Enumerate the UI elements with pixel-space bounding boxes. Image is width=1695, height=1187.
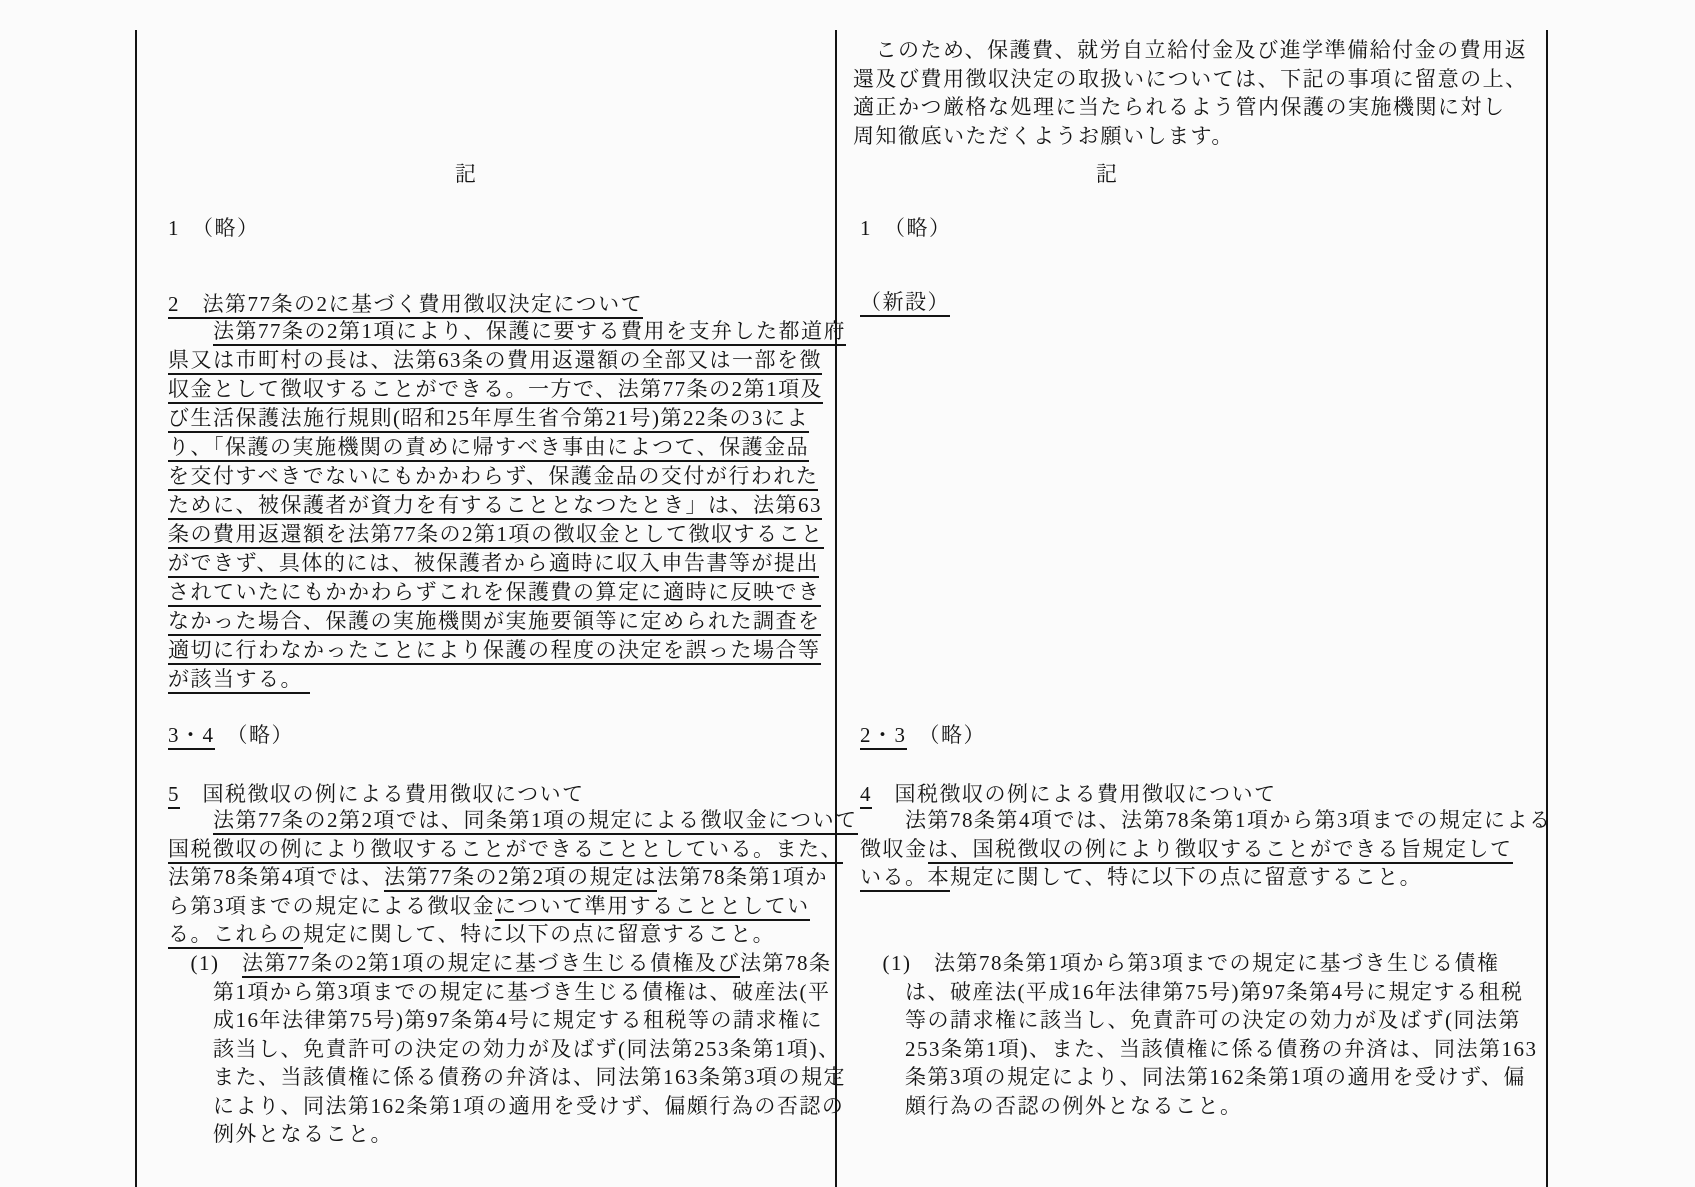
underlined-text-segment: 法第77条の2第2項では、同条第1項の規定による徴収金について bbox=[213, 808, 858, 835]
text-line: 法第77条の2第2項では、同条第1項の規定による徴収金について bbox=[168, 806, 858, 835]
text-line: 該当し、免責許可の決定の効力が及ばず(同法第253条第1項)、 bbox=[168, 1035, 846, 1064]
underlined-text-segment: について準用することとしてい bbox=[495, 894, 810, 921]
underlined-text-segment: が該当する。 bbox=[168, 667, 310, 694]
text-line: 3・4 （略） bbox=[168, 721, 294, 750]
text-segment: 規定に関して、特に以下の点に留意すること。 bbox=[950, 865, 1422, 889]
right-column-item-2-3-abbrev: 2・3 （略） bbox=[860, 721, 986, 750]
text-line: る。これらの規定に関して、特に以下の点に留意すること。 bbox=[168, 920, 858, 949]
text-line: なかった場合、保護の実施機関が実施要領等に定められた調査を bbox=[168, 607, 846, 636]
text-segment: により、同法第162条第1項の適用を受けず、偏頗行為の否認の bbox=[168, 1094, 844, 1118]
text-line: 適切に行わなかったことにより保護の程度の決定を誤った場合等 bbox=[168, 636, 846, 665]
text-line: 周知徹底いただくようお願いします。 bbox=[853, 122, 1528, 151]
text-line: また、当該債権に係る債務の弁済は、同法第163条第3項の規定 bbox=[168, 1063, 846, 1092]
text-segment: は、破産法(平成16年法律第75号)第97条第4号に規定する租税 bbox=[860, 980, 1523, 1004]
text-segment: ら第3項までの規定による徴収金 bbox=[168, 894, 495, 918]
left-column-section-5-paragraph: 法第77条の2第2項では、同条第1項の規定による徴収金について国税徴収の例により… bbox=[168, 806, 858, 949]
text-segment: 法第78条第4項では、法第78条第1項から第3項までの規定による bbox=[860, 808, 1552, 832]
text-line: (1) 法第78条第1項から第3項までの規定に基づき生じる債権 bbox=[860, 949, 1538, 978]
comparison-document-page: 記 1 （略） 2 法第77条の2に基づく費用徴収決定について 法第77条の2第… bbox=[0, 0, 1695, 1187]
text-segment: 該当し、免責許可の決定の効力が及ばず(同法第253条第1項)、 bbox=[168, 1037, 840, 1061]
text-line: 2 法第77条の2に基づく費用徴収決定について bbox=[168, 290, 643, 319]
text-line: 5 国税徴収の例による費用徴収について bbox=[168, 780, 585, 809]
text-line: 頗行為の否認の例外となること。 bbox=[860, 1092, 1538, 1121]
underlined-text-segment: されていたにもかかわらずこれを保護費の算定に適時に反映でき bbox=[168, 580, 821, 607]
text-segment: 還及び費用徴収決定の取扱いについては、下記の事項に留意の上、 bbox=[853, 67, 1528, 91]
text-line: ら第3項までの規定による徴収金について準用することとしてい bbox=[168, 892, 858, 921]
left-column-section-2-heading: 2 法第77条の2に基づく費用徴収決定について bbox=[168, 290, 643, 319]
right-column-section-4-paragraph: 法第78条第4項では、法第78条第1項から第3項までの規定による徴収金は、国税徴… bbox=[860, 806, 1552, 892]
text-segment: このため、保護費、就労自立給付金及び進学準備給付金の費用返 bbox=[853, 38, 1527, 62]
text-segment: 第1項から第3項までの規定に基づき生じる債権は、破産法(平 bbox=[168, 980, 831, 1004]
text-segment: 国税徴収の例による費用徴収について bbox=[180, 782, 585, 806]
left-column-item-3-4-abbrev: 3・4 （略） bbox=[168, 721, 294, 750]
text-segment: 等の請求権に該当し、免責許可の決定の効力が及ばず(同法第 bbox=[860, 1008, 1521, 1032]
text-line: 等の請求権に該当し、免責許可の決定の効力が及ばず(同法第 bbox=[860, 1006, 1538, 1035]
text-line: 法第78条第4項では、法第77条の2第2項の規定は法第78条第1項か bbox=[168, 863, 858, 892]
underlined-text-segment: 法第77条の2第1項の規定に基づき生じる債権及び bbox=[242, 951, 740, 978]
text-line: び生活保護法施行規則(昭和25年厚生省令第21号)第22条の3によ bbox=[168, 404, 846, 433]
table-rule-left bbox=[135, 30, 137, 1187]
text-line: により、同法第162条第1項の適用を受けず、偏頗行為の否認の bbox=[168, 1092, 846, 1121]
text-line: 国税徴収の例により徴収することができることとしている。また、 bbox=[168, 835, 858, 864]
right-column-clause-1-paragraph: (1) 法第78条第1項から第3項までの規定に基づき生じる債権 は、破産法(平成… bbox=[860, 949, 1538, 1120]
underlined-text-segment: は、国税徴収の例により徴収することができる旨規定して bbox=[928, 837, 1513, 864]
underlined-text-segment: 条の費用返還額を法第77条の2第1項の徴収金として徴収すること bbox=[168, 522, 824, 549]
text-segment: 徴収金 bbox=[860, 837, 928, 861]
text-segment: 253条第1項)、また、当該債権に係る債務の弁済は、同法第163 bbox=[860, 1037, 1538, 1061]
text-line: 例外となること。 bbox=[168, 1120, 846, 1149]
underlined-text-segment: 法第77条の2第2項の規定は bbox=[384, 865, 657, 892]
right-column-new-provision-label: （新設） bbox=[860, 288, 950, 317]
underlined-text-segment: なかった場合、保護の実施機関が実施要領等に定められた調査を bbox=[168, 609, 821, 636]
text-line: ができず、具体的には、被保護者から適時に収入申告書等が提出 bbox=[168, 549, 846, 578]
underlined-text-segment: ために、被保護者が資力を有することとなつたとき」は、法第63 bbox=[168, 493, 822, 520]
underlined-text-segment: 国税徴収の例により徴収することができることとしている。また、 bbox=[168, 837, 843, 864]
text-line: 収金として徴収することができる。一方で、法第77条の2第1項及 bbox=[168, 375, 846, 404]
text-segment: 条第3項の規定により、同法第162条第1項の適用を受けず、偏 bbox=[860, 1065, 1526, 1089]
text-line: 成16年法律第75号)第97条第4号に規定する租税等の請求権に bbox=[168, 1006, 846, 1035]
underlined-text-segment: を交付すべきでないにもかかわらず、保護金品の交付が行われた bbox=[168, 464, 818, 491]
text-segment: 法第78条第1項か bbox=[657, 865, 828, 889]
underlined-text-segment: 4 bbox=[860, 782, 872, 809]
text-line: 適正かつ厳格な処理に当たられるよう管内保護の実施機関に対し bbox=[853, 93, 1528, 122]
underlined-text-segment: 適切に行わなかったことにより保護の程度の決定を誤った場合等 bbox=[168, 638, 821, 665]
text-line: されていたにもかかわらずこれを保護費の算定に適時に反映でき bbox=[168, 578, 846, 607]
right-column-section-4-heading: 4 国税徴収の例による費用徴収について bbox=[860, 780, 1277, 809]
text-segment: 例外となること。 bbox=[168, 1122, 393, 1146]
text-segment bbox=[168, 808, 213, 832]
table-rule-right bbox=[1546, 30, 1548, 1187]
underlined-text-segment: （新設） bbox=[860, 290, 950, 317]
text-line: り、「保護の実施機関の責めに帰すべき事由によつて、保護金品 bbox=[168, 433, 846, 462]
text-line: は、破産法(平成16年法律第75号)第97条第4号に規定する租税 bbox=[860, 978, 1538, 1007]
left-column-ki-marker: 記 bbox=[455, 160, 478, 189]
right-column-intro-paragraph: このため、保護費、就労自立給付金及び進学準備給付金の費用返還及び費用徴収決定の取… bbox=[853, 36, 1528, 150]
text-segment: また、当該債権に係る債務の弁済は、同法第163条第3項の規定 bbox=[168, 1065, 846, 1089]
underlined-text-segment: 2・3 bbox=[860, 723, 907, 750]
underlined-text-segment: 収金として徴収することができる。一方で、法第77条の2第1項及 bbox=[168, 377, 823, 404]
text-line: (1) 法第77条の2第1項の規定に基づき生じる債権及び法第78条 bbox=[168, 949, 846, 978]
text-segment: 法第78条 bbox=[740, 951, 832, 975]
underlined-text-segment: 法第77条の2第1項により、保護に要する費用を支弁した都道府 bbox=[213, 319, 846, 346]
left-column-section-2-paragraph: 法第77条の2第1項により、保護に要する費用を支弁した都道府県又は市町村の長は、… bbox=[168, 317, 846, 694]
text-line: ために、被保護者が資力を有することとなつたとき」は、法第63 bbox=[168, 491, 846, 520]
underlined-text-segment: り、「保護の実施機関の責めに帰すべき事由によつて、保護金品 bbox=[168, 435, 809, 462]
text-segment: 国税徴収の例による費用徴収について bbox=[872, 782, 1277, 806]
text-line: このため、保護費、就労自立給付金及び進学準備給付金の費用返 bbox=[853, 36, 1528, 65]
text-line: 徴収金は、国税徴収の例により徴収することができる旨規定して bbox=[860, 835, 1552, 864]
text-line: 法第78条第4項では、法第78条第1項から第3項までの規定による bbox=[860, 806, 1552, 835]
text-line: （新設） bbox=[860, 288, 950, 317]
text-line: 2・3 （略） bbox=[860, 721, 986, 750]
underlined-text-segment: 3・4 bbox=[168, 723, 215, 750]
underlined-text-segment: ができず、具体的には、被保護者から適時に収入申告書等が提出 bbox=[168, 551, 819, 578]
left-column-clause-1-paragraph: (1) 法第77条の2第1項の規定に基づき生じる債権及び法第78条 第1項から第… bbox=[168, 949, 846, 1149]
text-line: が該当する。 bbox=[168, 665, 846, 694]
text-line: 法第77条の2第1項により、保護に要する費用を支弁した都道府 bbox=[168, 317, 846, 346]
text-segment: 適正かつ厳格な処理に当たられるよう管内保護の実施機関に対し bbox=[853, 95, 1506, 119]
text-segment: 法第78条第4項では、 bbox=[168, 865, 384, 889]
text-line: を交付すべきでないにもかかわらず、保護金品の交付が行われた bbox=[168, 462, 846, 491]
text-segment: （略） bbox=[215, 723, 295, 747]
text-segment: 成16年法律第75号)第97条第4号に規定する租税等の請求権に bbox=[168, 1008, 823, 1032]
text-line: 第1項から第3項までの規定に基づき生じる債権は、破産法(平 bbox=[168, 978, 846, 1007]
left-column-section-5-heading: 5 国税徴収の例による費用徴収について bbox=[168, 780, 585, 809]
right-column-ki-marker: 記 bbox=[1096, 160, 1119, 189]
text-line: 253条第1項)、また、当該債権に係る債務の弁済は、同法第163 bbox=[860, 1035, 1538, 1064]
text-line: 条の費用返還額を法第77条の2第1項の徴収金として徴収すること bbox=[168, 520, 846, 549]
text-segment bbox=[168, 319, 213, 343]
underlined-text-segment: る。これらの bbox=[168, 922, 303, 949]
text-line: 4 国税徴収の例による費用徴収について bbox=[860, 780, 1277, 809]
text-segment: (1) bbox=[168, 951, 242, 975]
left-column-item-1-abbrev: 1 （略） bbox=[168, 214, 260, 243]
text-line: いる。本規定に関して、特に以下の点に留意すること。 bbox=[860, 863, 1552, 892]
text-line: 還及び費用徴収決定の取扱いについては、下記の事項に留意の上、 bbox=[853, 65, 1528, 94]
text-segment: (1) 法第78条第1項から第3項までの規定に基づき生じる債権 bbox=[860, 951, 1499, 975]
underlined-text-segment: 県又は市町村の長は、法第63条の費用返還額の全部又は一部を徴 bbox=[168, 348, 822, 375]
underlined-text-segment: 5 bbox=[168, 782, 180, 809]
underlined-text-segment: いる。本 bbox=[860, 865, 950, 892]
underlined-text-segment: 2 法第77条の2に基づく費用徴収決定について bbox=[168, 292, 643, 319]
text-line: 条第3項の規定により、同法第162条第1項の適用を受けず、偏 bbox=[860, 1063, 1538, 1092]
text-segment: 規定に関して、特に以下の点に留意すること。 bbox=[303, 922, 775, 946]
text-segment: 頗行為の否認の例外となること。 bbox=[860, 1094, 1243, 1118]
text-segment: 周知徹底いただくようお願いします。 bbox=[853, 124, 1234, 148]
underlined-text-segment: び生活保護法施行規則(昭和25年厚生省令第21号)第22条の3によ bbox=[168, 406, 809, 433]
text-segment: （略） bbox=[907, 723, 987, 747]
right-column-item-1-abbrev: 1 （略） bbox=[860, 214, 952, 243]
text-line: 県又は市町村の長は、法第63条の費用返還額の全部又は一部を徴 bbox=[168, 346, 846, 375]
